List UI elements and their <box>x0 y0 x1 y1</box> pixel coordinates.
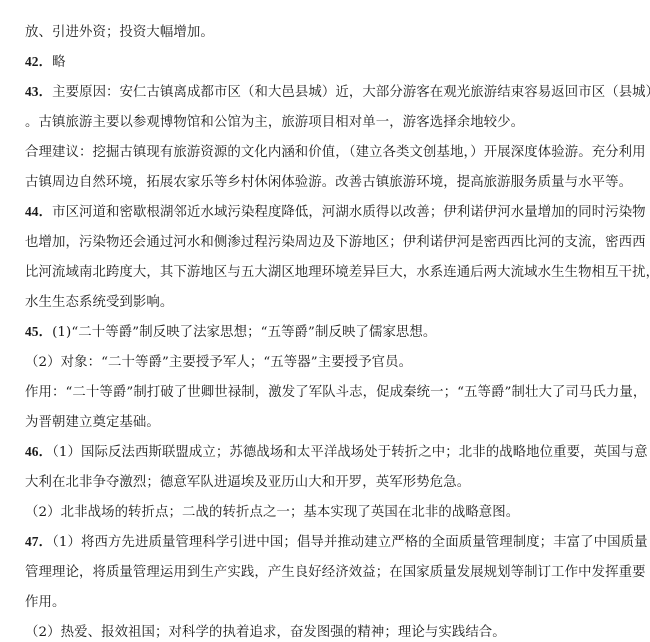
item-number: 46． <box>25 444 52 459</box>
item-number: 47． <box>25 534 52 549</box>
text-line: 47．（1）将西方先进质量管理科学引进中国；倡导并推动建立严格的全面质量管理制度… <box>25 527 645 557</box>
text-line: 。古镇旅游主要以参观博物馆和公馆为主，旅游项目相对单一，游客选择余地较少。 <box>25 107 645 137</box>
line-text: 略 <box>52 55 66 70</box>
answer-document: 放、引进外资；投资大幅增加。 42．略 43．主要原因：安仁古镇离成都市区（和大… <box>25 17 645 642</box>
text-line: 管理理论，将质量管理运用到生产实践，产生良好经济效益；在国家质量发展规划等制订工… <box>25 557 645 587</box>
line-text: 主要原因：安仁古镇离成都市区（和大邑县城）近，大部分游客在观光旅游结束容易返回市… <box>52 85 650 100</box>
text-line: 放、引进外资；投资大幅增加。 <box>25 17 645 47</box>
line-text: （1）国际反法西斯联盟成立；苏德战场和太平洋战场处于转折之中；北非的战略地位重要… <box>52 445 648 460</box>
line-text: 市区河道和密歇根湖邻近水域污染程度降低，河湖水质得以改善；伊利诺伊河水量增加的同… <box>52 205 646 220</box>
text-line: 45．(1)“二十等爵”制反映了法家思想；“五等爵”制反映了儒家思想。 <box>25 317 645 347</box>
text-line: 44．市区河道和密歇根湖邻近水域污染程度降低，河湖水质得以改善；伊利诺伊河水量增… <box>25 197 645 227</box>
line-text: 管理理论，将质量管理运用到生产实践，产生良好经济效益；在国家质量发展规划等制订工… <box>25 565 646 580</box>
line-text: 作用：“二十等爵”制打破了世卿世禄制，激发了军队斗志，促成秦统一；“五等爵”制壮… <box>25 385 646 400</box>
line-text: 也增加，污染物还会通过河水和侧渗过程污染周边及下游地区；伊利诺伊河是密西西比河的… <box>25 235 646 250</box>
text-line: （2）北非战场的转折点；二战的转折点之一；基本实现了英国在北非的战略意图。 <box>25 497 645 527</box>
text-line: 42．略 <box>25 47 645 77</box>
text-line: 为晋朝建立奠定基础。 <box>25 407 645 437</box>
line-text: 古镇周边自然环境，拓展农家乐等乡村休闲体验游。改善古镇旅游环境，提高旅游服务质量… <box>25 175 632 190</box>
line-text: （2）北非战场的转折点；二战的转折点之一；基本实现了英国在北非的战略意图。 <box>25 505 519 520</box>
line-text: 作用。 <box>25 595 65 610</box>
text-line: 大利在北非争夺激烈；德意军队进逼埃及亚历山大和开罗，英军形势危急。 <box>25 467 645 497</box>
item-number: 45． <box>25 324 52 339</box>
text-line: 作用。 <box>25 587 645 617</box>
text-line: 46．（1）国际反法西斯联盟成立；苏德战场和太平洋战场处于转折之中；北非的战略地… <box>25 437 645 467</box>
item-number: 44． <box>25 204 52 219</box>
item-number: 42． <box>25 54 52 69</box>
line-text: （1）将西方先进质量管理科学引进中国；倡导并推动建立严格的全面质量管理制度；丰富… <box>52 535 648 550</box>
text-line: 合理建议：挖掘古镇现有旅游资源的文化内涵和价值，（建立各类文创基地，）开展深度体… <box>25 137 645 167</box>
text-line: 43．主要原因：安仁古镇离成都市区（和大邑县城）近，大部分游客在观光旅游结束容易… <box>25 77 645 107</box>
line-text: （2）对象：“二十等爵”主要授予军人；“五等器”主要授予官员。 <box>25 355 412 370</box>
line-text: 水生生态系统受到影响。 <box>25 295 173 310</box>
text-line: 作用：“二十等爵”制打破了世卿世禄制，激发了军队斗志，促成秦统一；“五等爵”制壮… <box>25 377 645 407</box>
line-text: 比河流域南北跨度大，其下游地区与五大湖区地理环境差异巨大，水系连通后两大流域水生… <box>25 265 650 280</box>
text-line: （2）热爱、报效祖国；对科学的执着追求，奋发图强的精神；理论与实践结合。 <box>25 617 645 642</box>
text-line: 也增加，污染物还会通过河水和侧渗过程污染周边及下游地区；伊利诺伊河是密西西比河的… <box>25 227 645 257</box>
line-text: 为晋朝建立奠定基础。 <box>25 415 160 430</box>
text-line: 水生生态系统受到影响。 <box>25 287 645 317</box>
line-text: 放、引进外资；投资大幅增加。 <box>25 25 214 40</box>
item-number: 43． <box>25 84 52 99</box>
text-line: 古镇周边自然环境，拓展农家乐等乡村休闲体验游。改善古镇旅游环境，提高旅游服务质量… <box>25 167 645 197</box>
text-line: 比河流域南北跨度大，其下游地区与五大湖区地理环境差异巨大，水系连通后两大流域水生… <box>25 257 645 287</box>
line-text: 大利在北非争夺激烈；德意军队进逼埃及亚历山大和开罗，英军形势危急。 <box>25 475 470 490</box>
line-text: (1)“二十等爵”制反映了法家思想；“五等爵”制反映了儒家思想。 <box>52 325 436 340</box>
line-text: 合理建议：挖掘古镇现有旅游资源的文化内涵和价值，（建立各类文创基地，）开展深度体… <box>25 145 646 160</box>
line-text: （2）热爱、报效祖国；对科学的执着追求，奋发图强的精神；理论与实践结合。 <box>25 625 506 640</box>
text-line: （2）对象：“二十等爵”主要授予军人；“五等器”主要授予官员。 <box>25 347 645 377</box>
line-text: 。古镇旅游主要以参观博物馆和公馆为主，旅游项目相对单一，游客选择余地较少。 <box>25 115 524 130</box>
